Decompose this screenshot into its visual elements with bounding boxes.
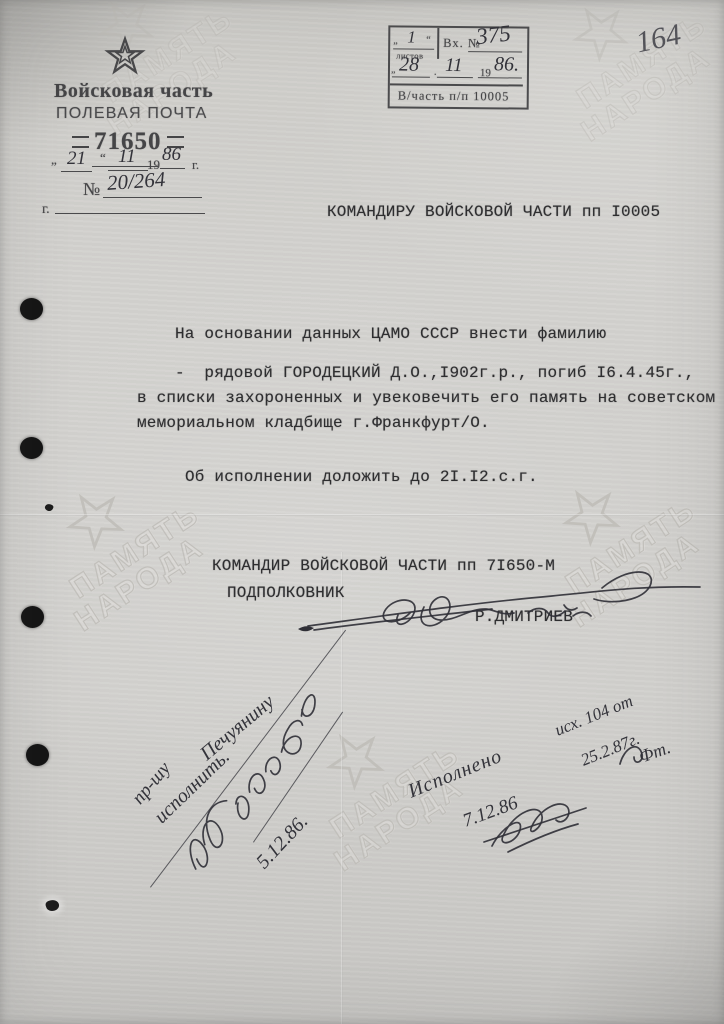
- body-paragraph2-line1: - рядовой ГОРОДЕЦКИЙ Д.О.,I902г.р., поги…: [175, 364, 694, 382]
- outgoing-initials-flourish: [612, 736, 646, 772]
- sender-number-value: 20/264: [106, 167, 166, 196]
- body-paragraph1: На основании данных ЦАМО СССР внести фам…: [175, 325, 606, 343]
- addressee-line: КОМАНДИРУ ВОЙСКОВОЙ ЧАСТИ пп I0005: [327, 203, 660, 221]
- punch-hole: [20, 437, 43, 459]
- punch-hole: [21, 606, 44, 628]
- scanned-document-page: ПАМЯТЬ НАРОДА ПАМЯТЬ НАРОДА ПАМЯТЬ НАРОД…: [0, 0, 724, 1024]
- receipt-date-year: 86.: [494, 53, 519, 76]
- body-paragraph2-line3: мемориальном кладбище г.Франкфурт/О.: [137, 414, 490, 432]
- sender-date-year-suffix: г.: [192, 157, 199, 173]
- sheets-quote-open: „: [393, 35, 398, 46]
- sender-date-day: 21: [61, 148, 92, 172]
- date-quote-close: “: [100, 150, 106, 166]
- sheets-quote-close: “: [426, 35, 431, 46]
- double-bar-icon: [72, 136, 89, 148]
- horizontal-crease: [0, 514, 724, 516]
- executed-signature: [478, 782, 593, 862]
- sender-stamp-title: Войсковая часть: [54, 80, 213, 103]
- body-paragraph2-line2: в списки захороненных и увековечить его …: [137, 389, 715, 407]
- receipt-date-day: 28: [399, 53, 419, 76]
- star-icon: [106, 38, 144, 76]
- receipt-date-month: 11: [445, 55, 463, 77]
- commander-signature: [292, 556, 704, 634]
- date-quote-open: „: [51, 152, 57, 168]
- body-paragraph3: Об исполнении доложить до 2I.I2.с.г.: [185, 468, 538, 486]
- receipt-unit-line: В/часть п/п 10005: [398, 88, 510, 104]
- rdate-quote-open: „: [391, 64, 396, 75]
- receipt-stamp: „ 1 “ листов Вх. № 375 „ 28 . 11 19 86. …: [388, 25, 530, 109]
- punch-hole: [20, 298, 43, 320]
- incoming-label: Вх. №: [443, 36, 481, 51]
- number-underline: [103, 197, 202, 198]
- sender-stamp-subtitle: ПОЛЕВАЯ ПОЧТА: [56, 105, 208, 123]
- sender-date-month: 11: [108, 146, 148, 171]
- punch-hole: [26, 744, 49, 766]
- sheets-value: 1: [407, 28, 416, 48]
- rdate-underline2: [437, 77, 473, 79]
- sender-date-year: 86: [160, 144, 185, 169]
- stamp-cell-divider: [437, 28, 439, 59]
- incoming-value: 375: [475, 20, 512, 50]
- stamp-row-divider: [390, 83, 523, 86]
- city-line: [55, 213, 205, 214]
- watermark: ПАМЯТЬ НАРОДА: [540, 0, 724, 140]
- city-label: г.: [42, 202, 50, 218]
- ink-blot: [45, 898, 61, 912]
- rdate-underline1: [392, 76, 430, 78]
- ink-blot: [44, 503, 54, 513]
- sender-number-label: №: [83, 179, 100, 200]
